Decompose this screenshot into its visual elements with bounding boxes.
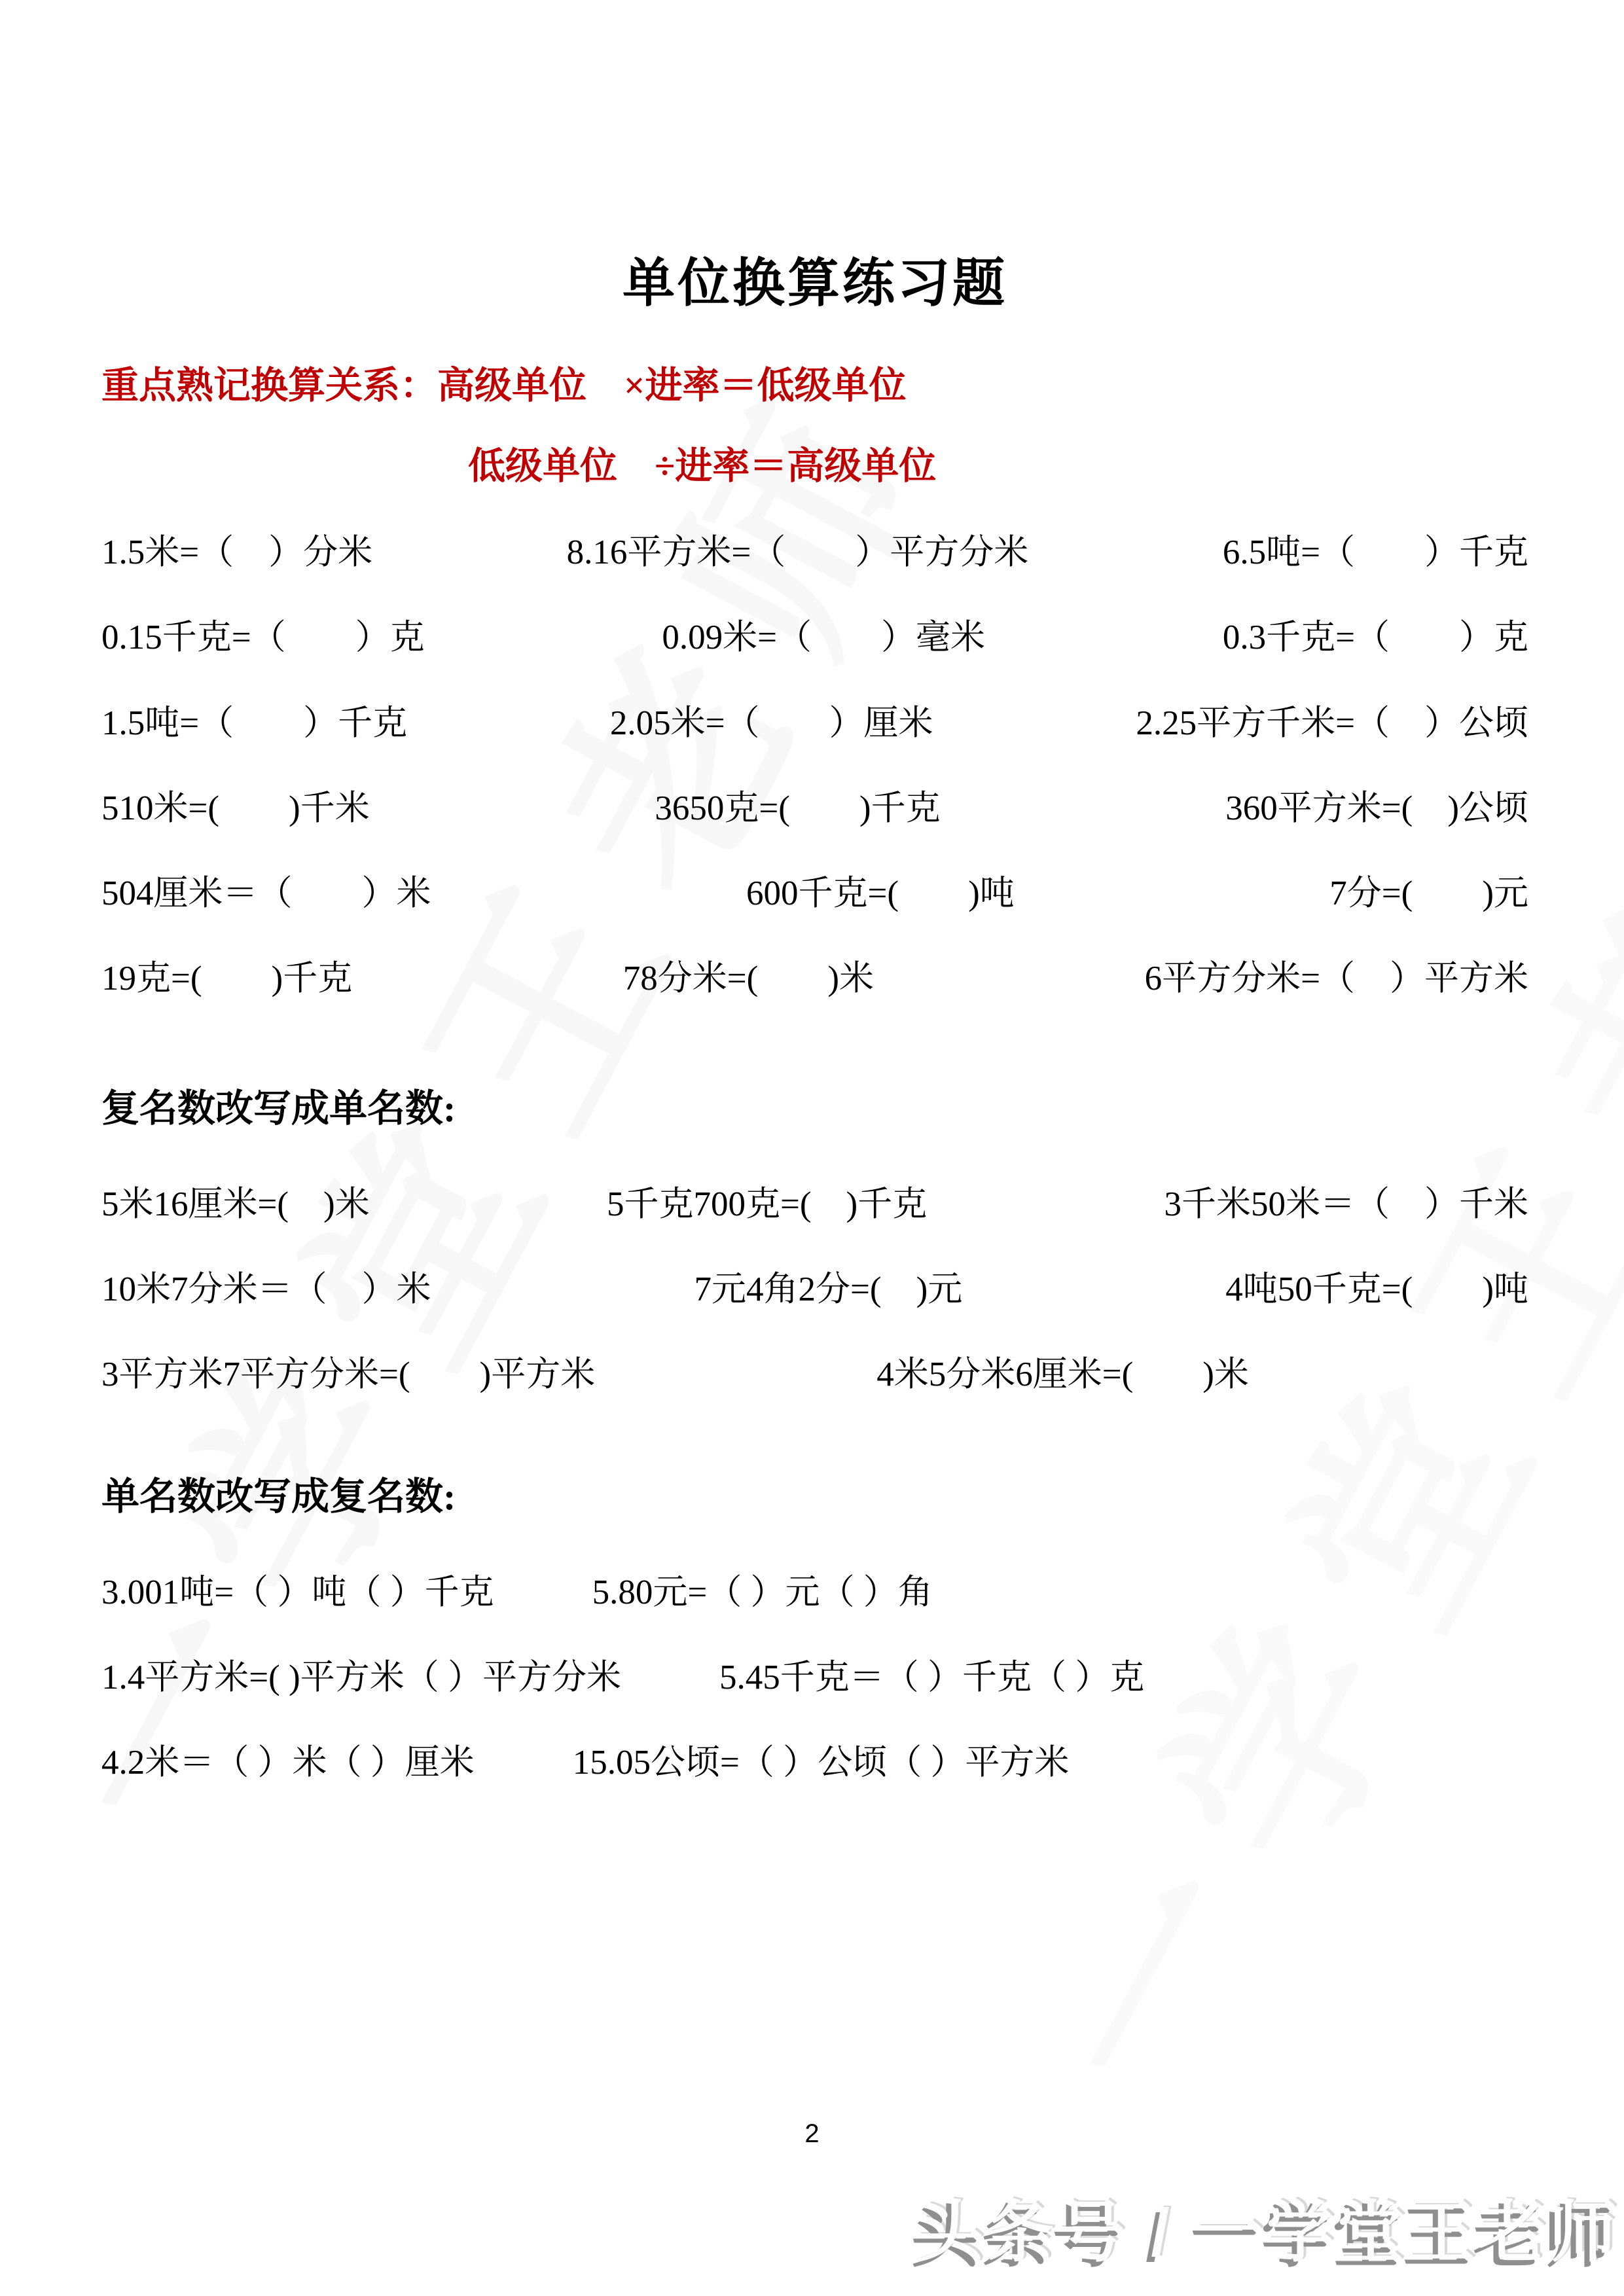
- problem-cell: 6平方分米=（ ）平方米: [1145, 960, 1528, 997]
- problem-row: 4.2米＝（ ）米（ ）厘米 15.05公顷=（ ）公顷（ ）平方米: [101, 1744, 1528, 1782]
- problem-cell: 4.2米＝（ ）米（ ）厘米: [101, 1744, 475, 1782]
- section-heading-single-to-compound: 单名数改写成复名数:: [101, 1478, 1528, 1516]
- page-title: 单位换算练习题: [101, 241, 1528, 316]
- problem-cell: 600千克=( )吨: [746, 874, 1015, 912]
- page-number: 2: [0, 2119, 1624, 2149]
- problem-row: 5米16厘米=( )米 5千克700克=( )千克 3千米50米＝（ ）千米: [101, 1185, 1528, 1223]
- problem-row: 3平方米7平方分米=( )平方米 4米5分米6厘米=( )米: [101, 1355, 1528, 1393]
- problem-row: 19克=( )千克 78分米=( )米 6平方分米=（ ）平方米: [101, 960, 1528, 997]
- problem-cell: 1.5米=（ ）分米: [101, 533, 372, 571]
- problem-cell: 7分=( )元: [1329, 874, 1528, 912]
- problem-cell: 8.16平方米=（ ）平方分米: [567, 533, 1029, 571]
- problem-cell: 510米=( )千米: [101, 789, 370, 827]
- footer-watermark: 头条号 / 一学堂王老师: [916, 2179, 1620, 2275]
- problem-cell: 3千米50米＝（ ）千米: [1164, 1185, 1529, 1223]
- problem-cell: 10米7分米＝（ ）米: [101, 1270, 431, 1308]
- problem-cell: 6.5吨=（ ）千克: [1223, 533, 1528, 571]
- problem-cell: 5千克700克=( )千克: [607, 1185, 927, 1223]
- problem-row: 1.5米=（ ）分米 8.16平方米=（ ）平方分米 6.5吨=（ ）千克: [101, 533, 1528, 571]
- problem-cell: 19克=( )千克: [101, 960, 352, 997]
- problem-cell: 0.3千克=（ ）克: [1223, 619, 1528, 656]
- problem-cell: 504厘米＝（ ）米: [101, 874, 431, 912]
- problem-cell: 0.15千克=（ ）克: [101, 619, 425, 656]
- problem-cell: 3.001吨=（ ）吨（ ）千克: [101, 1573, 494, 1611]
- problem-cell: 2.05米=（ ）厘米: [610, 704, 933, 742]
- worksheet-content: 单位换算练习题 重点熟记换算关系：高级单位 ×进率＝低级单位 低级单位 ÷进率＝…: [101, 241, 1528, 1829]
- problem-cell: 1.4平方米=( )平方米（ ）平方分米: [101, 1659, 621, 1696]
- problem-cell: 5.80元=（ ）元（ ）角: [592, 1573, 933, 1611]
- problem-cell: 0.09米=（ ）毫米: [662, 619, 985, 656]
- problem-row: 3.001吨=（ ）吨（ ）千克 5.80元=（ ）元（ ）角: [101, 1573, 1528, 1611]
- problem-row: 504厘米＝（ ）米 600千克=( )吨 7分=( )元: [101, 874, 1528, 912]
- problem-cell: 5米16厘米=( )米: [101, 1185, 370, 1223]
- problem-row: 1.5吨=（ ）千克 2.05米=（ ）厘米 2.25平方千米=（ ）公顷: [101, 704, 1528, 742]
- problem-cell: 2.25平方千米=（ ）公顷: [1136, 704, 1528, 742]
- problem-row: 1.4平方米=( )平方米（ ）平方分米 5.45千克＝（ ）千克（ ）克: [101, 1659, 1528, 1696]
- problem-cell: 1.5吨=（ ）千克: [101, 704, 407, 742]
- problem-row: 10米7分米＝（ ）米 7元4角2分=( )元 4吨50千克=( )吨: [101, 1270, 1528, 1308]
- problem-cell: 5.45千克＝（ ）千克（ ）克: [719, 1659, 1144, 1696]
- key-note-line2: 低级单位 ÷进率＝高级单位: [101, 448, 1528, 485]
- problem-cell: 15.05公顷=（ ）公顷（ ）平方米: [573, 1744, 1070, 1782]
- worksheet-page: 一学堂王老师 一学堂王老师 单位换算练习题 重点熟记换算关系：高级单位 ×进率＝…: [0, 0, 1624, 2296]
- problem-cell: 78分米=( )米: [623, 960, 874, 997]
- problem-cell: 4吨50千克=( )吨: [1225, 1270, 1528, 1308]
- problem-cell: 360平方米=( )公顷: [1225, 789, 1528, 827]
- problem-row: 0.15千克=（ ）克 0.09米=（ ）毫米 0.3千克=（ ）克: [101, 619, 1528, 656]
- problem-cell: 7元4角2分=( )元: [695, 1270, 963, 1308]
- key-note-line1: 重点熟记换算关系：高级单位 ×进率＝低级单位: [101, 367, 1528, 404]
- problem-row: 510米=( )千米 3650克=( )千克 360平方米=( )公顷: [101, 789, 1528, 827]
- problem-cell: 4米5分米6厘米=( )米: [876, 1355, 1249, 1393]
- problem-cell: 3650克=( )千克: [655, 789, 940, 827]
- problem-cell: 3平方米7平方分米=( )平方米: [101, 1355, 595, 1393]
- section-heading-compound-to-single: 复名数改写成单名数:: [101, 1090, 1528, 1128]
